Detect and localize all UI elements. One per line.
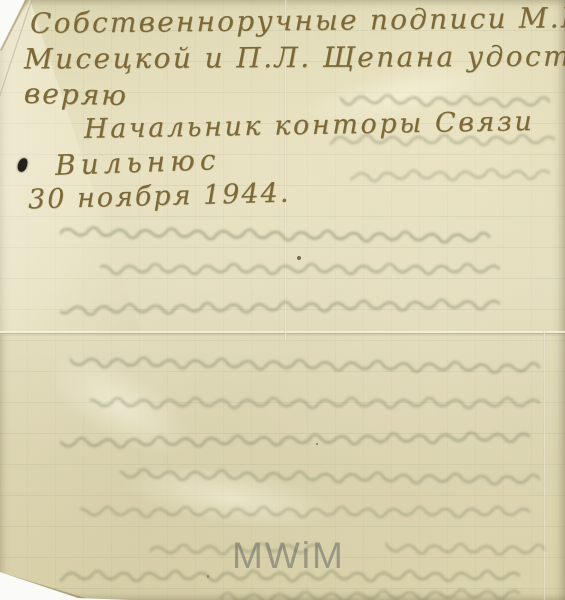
bleed-through-stroke [60, 227, 490, 243]
handwriting-line-2: Мисецкой и П.Л. Щепана удосто [24, 40, 565, 76]
ink-speck [207, 575, 209, 578]
bleed-through-stroke [350, 169, 550, 182]
bleed-through-stroke [70, 357, 540, 374]
bleed-through-line [60, 223, 490, 247]
bleed-through-line [60, 295, 500, 319]
top-left-cut-edge [0, 0, 27, 51]
ink-speck [297, 256, 301, 260]
bleed-through-line [385, 539, 545, 559]
bleed-through-stroke [220, 589, 520, 600]
bleed-through-line [60, 428, 530, 453]
scanned-document: Собственноручные подписи М.И Мисецкой и … [0, 0, 565, 600]
bleed-through-line [90, 394, 540, 412]
handwriting-line-1: Собственноручные подписи М.И [30, 1, 565, 40]
paper-hole [17, 157, 29, 173]
paper-wrinkle [117, 455, 343, 540]
bleed-through-stroke [80, 507, 530, 517]
paper-wrinkle [33, 335, 207, 476]
bottom-left-cut-edge [0, 572, 94, 600]
bleed-through-stroke [120, 469, 540, 485]
bleed-through-line [80, 503, 530, 521]
bleed-through-stroke [90, 398, 540, 408]
bleed-through-stroke [100, 264, 500, 274]
handwriting-line-6: 30 ноября 1944. [28, 178, 291, 216]
archive-watermark: MWiM [232, 535, 345, 577]
bleed-through-line [120, 465, 540, 489]
bleed-through-line [220, 585, 520, 600]
handwriting-line-5: Вильнюс [54, 143, 221, 182]
handwriting-line-3: веряю [24, 77, 129, 112]
bleed-through-line [350, 165, 550, 186]
right-vertical-crease [543, 330, 546, 600]
bleed-through-line [100, 260, 500, 278]
bleed-through-line [70, 353, 540, 378]
horizontal-fold-crease [0, 331, 565, 336]
bleed-through-stroke [385, 543, 545, 555]
bleed-through-stroke [60, 299, 500, 315]
handwriting-line-4: Начальник конторы Связи [84, 106, 535, 145]
bleed-through-stroke [60, 432, 530, 449]
paper-sheet: Собственноручные подписи М.И Мисецкой и … [0, 0, 565, 600]
ink-speck [316, 443, 318, 445]
